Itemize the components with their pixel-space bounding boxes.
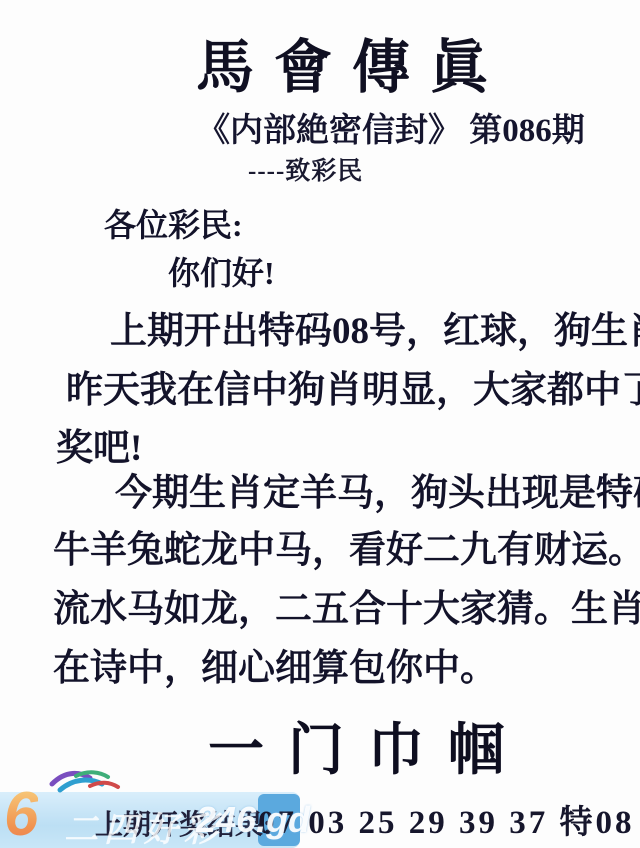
watermark-domain: 246.gd	[196, 799, 310, 841]
page-title: 馬會傳眞	[196, 20, 508, 104]
footer-slogan: 一门巾帼	[208, 706, 528, 786]
body-line: 今期生肖定羊马，狗头出现是特码。	[115, 462, 640, 516]
fax-document-page: 馬會傳眞 《内部絶密信封》 第086期 ----致彩民 各位彩民: 你们好! 上…	[0, 0, 640, 848]
issue-subtitle: 《内部絶密信封》 第086期	[197, 104, 585, 151]
body-line: 流水马如龙，二五合十大家猜。生肖特码	[53, 578, 640, 632]
salutation-line: 各位彩民:	[104, 200, 243, 246]
body-line: 在诗中，细心细算包你中。	[53, 637, 497, 691]
greeting-line: 你们好!	[168, 248, 275, 294]
body-line: 上期开出特码08号，红球，狗生肖。	[110, 300, 640, 354]
body-line: 昨天我在信中狗肖明显，大家都中了大	[66, 359, 640, 413]
results-numbers: 07 03 25 29 39 37 特08	[258, 796, 635, 843]
dedication-line: ----致彩民	[248, 151, 363, 187]
body-line: 牛羊兔蛇龙中马，看好二九有财运。车如	[53, 519, 640, 573]
ribbons-icon	[46, 768, 124, 802]
watermark-logo-6: 6	[4, 784, 38, 846]
